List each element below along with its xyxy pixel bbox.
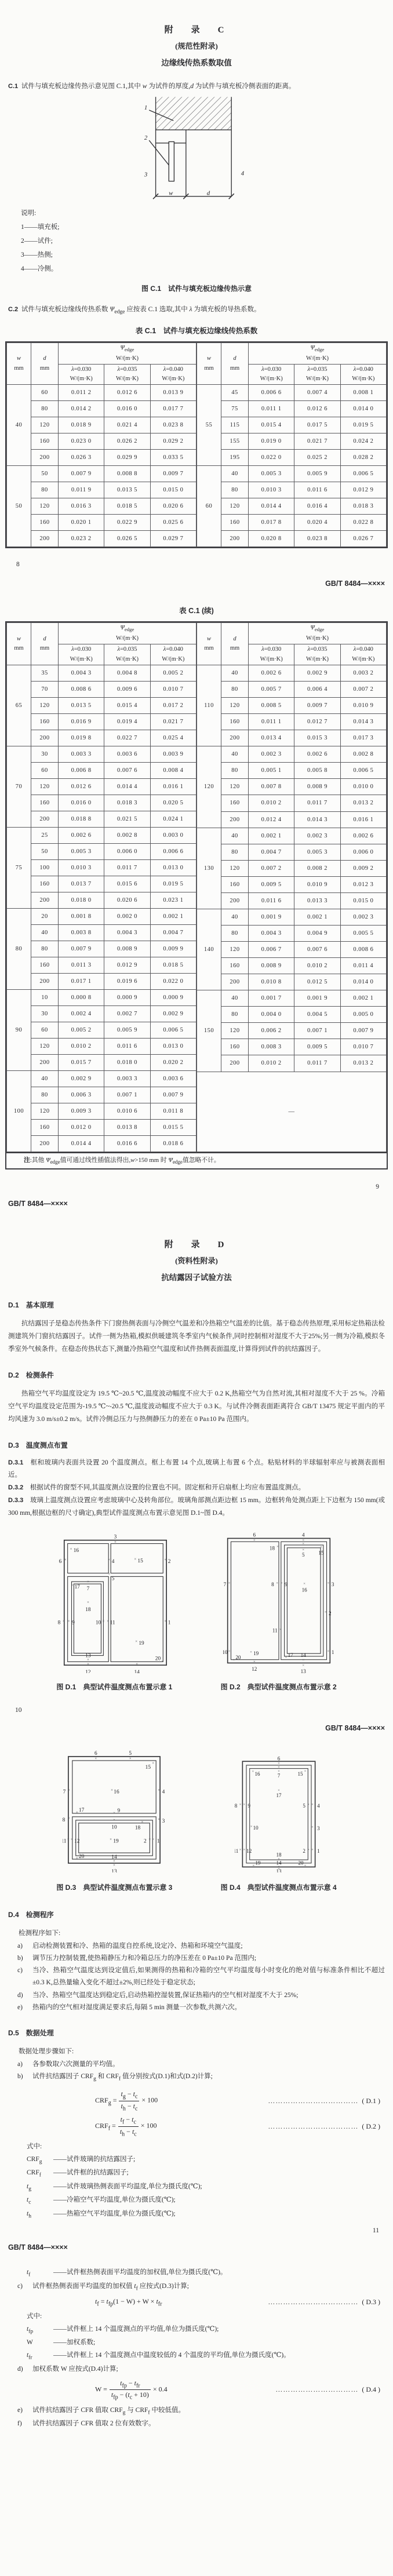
def-text: ——加权系数; [53, 2337, 385, 2349]
specimen-rect [169, 141, 174, 181]
cell-d: 160 [221, 515, 249, 531]
clause-number: D.3.3 [8, 1497, 23, 1504]
measure-point-number: 3 [114, 1534, 117, 1540]
cell-psi-value: 0.005 2 [59, 1022, 104, 1038]
cell-d: 30 [31, 1005, 59, 1022]
col-header-psi: ΨedgeW/(m·K) [59, 343, 196, 365]
formula-tag: ( D.4 ) [362, 2385, 385, 2394]
cell-psi-value: 0.001 7 [249, 990, 294, 1007]
measure-point-number: 7 [63, 1789, 66, 1795]
clause-d2-para: 热箱空气平均温度设定为 19.5 ℃~20.5 ℃,温度波动幅度不应大于 0.2… [8, 1388, 385, 1426]
formula-lhs: CRFf = [95, 2122, 116, 2130]
measure-point-number: 19 [253, 1650, 259, 1656]
cell-psi-value: 0.018 8 [59, 811, 104, 827]
page-number: 11 [8, 2227, 379, 2234]
cell-d: 80 [31, 1087, 59, 1103]
cell-w: 110 [197, 665, 221, 746]
cell-psi-value: 0.002 3 [340, 909, 386, 925]
cell-psi-value: 0.020 4 [294, 515, 340, 531]
cell-w: 65 [7, 665, 31, 746]
measure-point-number: 1 [157, 1838, 160, 1844]
denominator: tfp − (tc + 10) [110, 2389, 151, 2400]
definition-row: tfr——试件框上 14 个温度测点中温度较低的 4 个温度的平均值,单位为摄氏… [8, 2349, 385, 2363]
cell-psi-value: 0.011 7 [294, 1055, 340, 1072]
legend-item: 2——试件; [21, 234, 385, 248]
table-row: 2000.018 00.020 60.023 1 [7, 892, 196, 908]
cell-psi-value: 0.008 5 [249, 698, 294, 714]
clause-number: C.2 [8, 306, 18, 313]
clause-text: 玻璃上温度测点设置应考虑玻璃中心及转角部位。玻璃角部测点距边框 15 mm。边框… [8, 1497, 385, 1517]
measure-point-mark: × [67, 1838, 70, 1842]
measure-point-number: 12 [252, 1666, 257, 1672]
definition-row: tf——试件框热侧表面平均温度的加权值,单位为摄氏度(℃)。 [8, 2267, 385, 2280]
col-header-lambda: λ=0.030W/(m·K) [59, 364, 104, 385]
measure-point-number: 2 [168, 1559, 171, 1565]
cell-psi-value: 0.012 4 [249, 811, 294, 828]
cell-d: 120 [31, 498, 59, 515]
cell-psi-value: 0.008 4 [150, 762, 196, 778]
cell-d: 195 [221, 450, 249, 466]
cell-psi-value: 0.023 1 [150, 892, 196, 908]
col-header-psi: ΨedgeW/(m·K) [249, 343, 387, 365]
measure-point-number: 11 [235, 1848, 238, 1854]
measure-point-mark: × [285, 1655, 287, 1659]
cell-psi-value: 0.010 8 [249, 974, 294, 990]
measure-point-number: 2 [303, 1848, 305, 1854]
cell-psi-value: 0.007 4 [294, 385, 340, 401]
measure-point-mark: × [70, 1547, 72, 1551]
cell-psi-value: 0.017 1 [59, 973, 104, 989]
col-header-w: wmm [197, 623, 221, 665]
measure-point-mark: × [136, 1663, 139, 1667]
cell-psi-value: 0.014 4 [104, 778, 150, 795]
cell-psi-value: 0.007 9 [150, 1087, 196, 1103]
table-c1-cont-title: 表 C.1 (续) [8, 605, 385, 615]
cell-w: 50 [7, 466, 31, 547]
cell-d: 100 [31, 859, 59, 876]
clause-title: 基本原理 [26, 1301, 54, 1309]
clause-number: D.4 [8, 1911, 19, 1919]
figure-d2-block: ×××××××××××××××××××××6418515789163211101… [221, 1528, 337, 1692]
diagram-line [149, 140, 170, 166]
measure-point-mark: × [63, 1619, 65, 1623]
cell-d: 25 [31, 827, 59, 843]
measure-point-number: 17 [288, 1652, 293, 1658]
cell-psi-value: 0.019 4 [104, 713, 150, 730]
figure-d1-block: ××××××××××××××××××××31664152517718891011… [56, 1530, 172, 1692]
measure-point-mark: × [250, 1824, 252, 1828]
cell-w: 70 [7, 746, 31, 827]
cell-d: 120 [31, 697, 59, 713]
cell-psi-value: 0.002 9 [150, 1005, 196, 1022]
measure-point-number: 7 [87, 1586, 90, 1592]
table-row: 130400.002 10.002 30.002 6 [197, 828, 387, 844]
window-frame-line [74, 1584, 101, 1653]
figure-d1-caption: 图 D.1 典型试件温度测点布置示意 1 [56, 1682, 172, 1692]
cell-psi-value: 0.023 2 [59, 531, 104, 547]
cell-psi-value: 0.002 3 [294, 828, 340, 844]
col-header-d: dmm [31, 623, 59, 665]
cell-psi-value: 0.005 5 [340, 925, 386, 941]
numerator: tfp − tfr [110, 2379, 151, 2389]
table-row-empty: — [197, 1072, 387, 1152]
cell-psi-value: 0.029 2 [150, 433, 196, 450]
def-term: tg [27, 2181, 53, 2194]
col-header-d: dmm [31, 343, 59, 385]
running-header: GB/T 8484—×××× [8, 2243, 385, 2251]
clause-number: D.5 [8, 2029, 19, 2037]
figure-d3-caption: 图 D.3 典型试件温度测点布置示意 3 [56, 1882, 172, 1892]
measure-point-number: 17 [276, 1792, 282, 1798]
measure-point-mark: × [307, 1848, 310, 1852]
clause-text: 试件与填充板边缘传热示意见图 C.1,其中 w 为试件的厚度,d 为试件与填充板… [21, 83, 295, 90]
measure-point-number: 1 [168, 1620, 171, 1626]
measure-point-mark: × [134, 1557, 137, 1561]
table-c1-cont-halves: wmmdmmΨedgeW/(m·K)λ=0.030W/(m·K)λ=0.035W… [6, 622, 387, 1152]
table-row: 800.007 90.008 90.009 9 [7, 941, 196, 957]
cell-psi-value: 0.001 9 [249, 909, 294, 925]
cell-psi-value: 0.012 7 [294, 714, 340, 730]
measure-point-number: 1 [332, 1649, 334, 1655]
measure-point-number: 2 [144, 1838, 147, 1844]
cell-psi-value: 0.015 4 [104, 697, 150, 713]
table-row: 800.004 30.004 90.005 5 [197, 925, 387, 941]
cell-w: 130 [197, 828, 221, 909]
measure-point-number: 19 [114, 1838, 119, 1844]
table-row: 1200.012 60.014 40.016 1 [7, 778, 196, 795]
formula-dots: ……………………………… [169, 2298, 358, 2307]
item-tag: d) [8, 2363, 32, 2375]
cell-psi-value: 0.005 7 [249, 682, 294, 698]
window-frame-line [231, 1542, 279, 1660]
cell-d: 200 [221, 1055, 249, 1072]
cell-psi-value: 0.008 6 [340, 942, 386, 958]
col-header-w: wmm [7, 343, 31, 385]
measure-point-number: 20 [79, 1854, 85, 1860]
measure-point-mark: × [165, 1558, 167, 1562]
page-number: 10 [15, 1707, 385, 1714]
measure-point-mark: × [250, 1650, 252, 1654]
measure-point-mark: × [110, 1838, 112, 1842]
cell-psi-value: 0.020 5 [150, 795, 196, 811]
clause-d4-heading: D.4 检测程序 [8, 1910, 385, 1919]
cell-d: 160 [221, 876, 249, 892]
table-row: 1200.014 40.016 40.018 3 [197, 498, 387, 515]
cell-psi-value: 0.033 5 [150, 450, 196, 466]
def-text: ——试件框上 14 个温度测点中温度较低的 4 个温度的平均值,单位为摄氏度(℃… [53, 2349, 385, 2363]
cell-psi-value: 0.010 2 [249, 795, 294, 811]
measure-point-mark: × [149, 1838, 151, 1842]
cell-psi-value: 0.019 5 [150, 876, 196, 892]
measure-point-mark: × [302, 1664, 304, 1668]
cell-psi-value: 0.002 9 [294, 665, 340, 681]
cell-psi-value: 0.007 6 [104, 762, 150, 778]
cell-d: 80 [221, 844, 249, 860]
cell-psi-value: 0.016 6 [104, 1135, 150, 1152]
cell-psi-value: 0.024 2 [340, 433, 386, 450]
figure-d4-block: ×××××××××××××××××××××6167151789541031112… [221, 1754, 337, 1892]
cell-psi-value: 0.021 7 [150, 713, 196, 730]
cell-psi-value: 0.005 9 [294, 466, 340, 482]
cell-d: 20 [31, 908, 59, 924]
measure-point-number: 11 [272, 1627, 278, 1633]
measure-point-number: 3 [162, 1819, 165, 1824]
cell-psi-value: 0.004 3 [104, 924, 150, 941]
def-text: ——试件框热侧表面平均温度的加权值,单位为摄氏度(℃)。 [53, 2267, 385, 2280]
cell-psi-value: 0.013 9 [150, 385, 196, 401]
cell-psi-value: 0.019 5 [340, 417, 386, 433]
cell-d: 80 [221, 682, 249, 698]
cell-psi-value: 0.005 0 [340, 1007, 386, 1023]
list-item-b: b)调节压力控制装置,使热箱静压力和冷箱总压力的净压差在 0 Pa±10 Pa … [8, 1952, 385, 1965]
cell-d: 155 [221, 433, 249, 450]
measure-point-number: 18 [276, 1852, 282, 1857]
cell-psi-value: 0.018 0 [104, 1054, 150, 1070]
cell-psi-value: 0.006 6 [249, 385, 294, 401]
item-tag: c) [8, 1965, 32, 1990]
page1-footer: 8 [0, 561, 393, 568]
cell-psi-value: 0.025 4 [150, 730, 196, 746]
formula-dots: …………………………… [174, 2385, 359, 2394]
cell-psi-value: 0.003 0 [150, 827, 196, 843]
table-row: 60400.005 30.005 90.006 5 [197, 466, 387, 482]
cell-d: 120 [221, 860, 249, 876]
table-row: 90100.000 80.000 90.000 9 [7, 989, 196, 1005]
table-row: 1600.008 90.010 20.011 4 [197, 958, 387, 974]
cell-psi-value: 0.016 1 [150, 778, 196, 795]
cell-psi-value: 0.018 9 [59, 417, 104, 433]
cell-psi-value: 0.002 1 [249, 828, 294, 844]
formula-rhs: × 100 [141, 2096, 158, 2104]
cell-d: 80 [31, 401, 59, 417]
cell-d: 40 [221, 828, 249, 844]
measure-point-number: 8 [235, 1803, 238, 1809]
cell-psi-value: 0.013 2 [340, 1055, 386, 1072]
cell-psi-value: 0.000 9 [150, 989, 196, 1005]
item-tag: b) [8, 1952, 32, 1965]
measure-point-mark: × [76, 1856, 78, 1860]
table-row: 1200.007 80.008 90.010 0 [197, 779, 387, 795]
cell-w: 60 [197, 466, 221, 547]
table-row: 800.014 20.016 00.017 7 [7, 401, 196, 417]
measure-point-number: 12 [74, 1838, 80, 1844]
cell-psi-value: 0.014 3 [294, 811, 340, 828]
cell-psi-value: 0.014 3 [340, 714, 386, 730]
table-row: 65350.004 30.004 80.005 2 [7, 665, 196, 681]
cell-d: 200 [31, 973, 59, 989]
measure-point-number: 13 [300, 1668, 306, 1673]
table-row: 500.005 30.006 00.006 6 [7, 843, 196, 859]
measure-point-mark: × [324, 1610, 326, 1614]
appendix-c-subtitle: (规范性附录) [8, 40, 385, 51]
table-row: 1600.008 30.009 50.010 7 [197, 1039, 387, 1055]
clause-number: D.3.2 [8, 1484, 23, 1491]
measure-point-mark: × [311, 1848, 314, 1852]
cell-d: 50 [31, 843, 59, 859]
table-row: 800.004 00.004 50.005 0 [197, 1007, 387, 1023]
cell-psi-value: 0.002 1 [340, 990, 386, 1007]
cell-d: 80 [31, 482, 59, 498]
legend-title: 说明: [21, 206, 385, 220]
clause-d5-heading: D.5 数据处理 [8, 2028, 385, 2038]
measure-point-number: 4 [162, 1789, 165, 1795]
cell-psi-value: 0.017 2 [150, 697, 196, 713]
table-row: 300.002 40.002 70.002 9 [7, 1005, 196, 1022]
cell-psi-value: 0.008 8 [104, 466, 150, 482]
measure-point-number: 14 [134, 1670, 140, 1673]
cell-psi-value: 0.025 2 [294, 450, 340, 466]
cell-psi-value: 0.020 6 [150, 498, 196, 515]
def-text: ——试件框上 14 个温度测点的平均值,单位为摄氏度(℃); [53, 2323, 385, 2337]
clause-title: 检测条件 [26, 1371, 54, 1379]
cell-psi-value: 0.023 0 [59, 433, 104, 450]
table-row: 150400.001 70.001 90.002 1 [197, 990, 387, 1007]
fraction: tg − tcth − tc [119, 2090, 139, 2112]
cell-psi-value: 0.002 6 [59, 827, 104, 843]
clause-d32: D.3.2 根据试件的窗型不同,其温度测点设置的位置也不同。固定框和开启扇框上均… [8, 1482, 385, 1495]
measure-point-number: 10 [223, 1649, 228, 1655]
measure-point-number: 14 [300, 1652, 306, 1658]
def-text: ——冷箱空气平均温度,单位为摄氏度(℃); [53, 2194, 385, 2207]
cell-psi-value: 0.004 3 [59, 665, 104, 681]
cell-psi-value: 0.013 2 [340, 795, 386, 811]
page-number: 9 [8, 1183, 379, 1190]
col-header-lambda: λ=0.040W/(m·K) [150, 364, 196, 385]
cell-d: 80 [221, 925, 249, 941]
cell-psi-value: 0.012 6 [294, 401, 340, 417]
list-item-a: a)启动检测装置和冷、热箱的温度自控系统,设定冷、热箱和环境空气温度; [8, 1940, 385, 1952]
figure-c1-legend: 说明: 1——填充板; 2——试件; 3——热侧; 4——冷侧。 [21, 206, 385, 276]
table-row: 1600.011 10.012 70.014 3 [197, 714, 387, 730]
table-c1-cont-left-half: wmmdmmΨedgeW/(m·K)λ=0.030W/(m·K)λ=0.035W… [6, 622, 196, 1152]
col-header-lambda: λ=0.030W/(m·K) [249, 644, 294, 665]
cell-psi-value: 0.002 6 [294, 746, 340, 763]
cell-psi-value: 0.003 9 [150, 746, 196, 762]
measure-point-number: 10 [112, 1824, 118, 1830]
clause-d1-heading: D.1 基本原理 [8, 1300, 385, 1310]
cell-psi-value: 0.003 3 [59, 746, 104, 762]
cell-psi-value: 0.011 6 [249, 892, 294, 909]
table-row: 750.011 10.012 60.014 0 [197, 401, 387, 417]
cell-psi-value: 0.011 1 [249, 401, 294, 417]
measure-point-mark: × [129, 1757, 132, 1761]
table-c1-title: 表 C.1 试件与填充板边缘线传热系数 [8, 325, 385, 336]
cell-psi-value: 0.000 8 [59, 989, 104, 1005]
formula-d3: tf = tfp(1 − W) + W × tfr ……………………………… (… [8, 2297, 385, 2307]
cell-psi-value: 0.002 0 [104, 908, 150, 924]
measure-point-number: 9 [248, 1803, 250, 1809]
measure-point-number: 5 [112, 1576, 115, 1582]
table-row: 2000.011 60.013 30.015 0 [197, 892, 387, 909]
measure-point-number: 12 [86, 1670, 92, 1673]
table-c1-right-half: wmmdmmΨedgeW/(m·K)λ=0.030W/(m·K)λ=0.035W… [196, 343, 387, 547]
window-frame-line [111, 1576, 163, 1662]
table-row: 2000.017 10.019 60.022 0 [7, 973, 196, 989]
measure-point-mark: × [276, 1581, 278, 1585]
col-header-lambda: λ=0.040W/(m·K) [340, 364, 386, 385]
cell-psi-value: 0.013 0 [150, 1038, 196, 1054]
denominator: th − tc [119, 2101, 139, 2112]
cell-d: 200 [221, 974, 249, 990]
window-frame-line [72, 1582, 104, 1655]
col-header-lambda: λ=0.035W/(m·K) [294, 364, 340, 385]
measure-point-number: 17 [75, 1584, 81, 1590]
clause-d2-heading: D.2 检测条件 [8, 1370, 385, 1380]
measure-point-number: 13 [112, 1869, 118, 1872]
cell-psi-value: 0.002 9 [59, 1070, 104, 1087]
appendix-c-heading: 边缘线传热系数取值 [8, 56, 385, 68]
cell-d: 50 [31, 466, 59, 482]
table-c1: wmmdmmΨedgeW/(m·K)λ=0.030W/(m·K)λ=0.035W… [5, 341, 388, 548]
table-row: 1600.016 00.018 30.020 5 [7, 795, 196, 811]
col-header-lambda: λ=0.035W/(m·K) [294, 644, 340, 665]
clause-number: D.3 [8, 1441, 19, 1449]
cell-psi-value: 0.011 7 [294, 795, 340, 811]
window-frame-line [72, 1761, 156, 1813]
window-frame-line [246, 1765, 311, 1863]
cell-psi-value: 0.024 1 [150, 811, 196, 827]
measure-point-number: 16 [114, 1789, 120, 1795]
cell-psi-value: 0.011 4 [340, 958, 386, 974]
cell-psi-value: 0.002 8 [340, 746, 386, 763]
cell-psi-value: 0.011 8 [150, 1103, 196, 1119]
cell-psi-value: 0.002 3 [249, 746, 294, 763]
cell-psi-value: 0.007 9 [340, 1023, 386, 1039]
table-row: 1600.016 90.019 40.021 7 [7, 713, 196, 730]
page-number: 8 [16, 561, 385, 568]
col-header-lambda: λ=0.035W/(m·K) [104, 364, 150, 385]
running-header: GB/T 8484—×××× [8, 580, 385, 588]
appendix-d-subtitle: (资料性附录) [8, 1255, 385, 1266]
clause-d1-para: 抗结露因子是稳态传热条件下门窗热侧表面与冷侧空气温差和冷热箱空气温差的比值。基于… [8, 1318, 385, 1356]
cell-d: 200 [31, 730, 59, 746]
table-row: 2000.010 20.011 70.013 2 [197, 1055, 387, 1072]
measure-point-number: 13 [86, 1653, 92, 1659]
cell-psi-value: 0.010 3 [249, 482, 294, 498]
item-tag: e) [8, 2404, 32, 2418]
cell-psi-value: 0.021 7 [294, 433, 340, 450]
def-term: tfr [27, 2349, 53, 2363]
figure-c1-diagram: 1234wd [141, 96, 252, 202]
window-frame-line [281, 1542, 327, 1660]
formula-d1: CRFg =tg − tcth − tc× 100 ……………………………… (… [8, 2090, 385, 2112]
item-tag: d) [8, 1990, 32, 2002]
table-row: 2000.026 30.029 90.033 5 [7, 450, 196, 466]
numerator: tg − tc [119, 2090, 139, 2100]
cell-psi-value: 0.020 2 [150, 1054, 196, 1070]
cell-psi-value: 0.007 1 [294, 1023, 340, 1039]
cell-d: 160 [31, 957, 59, 973]
cell-psi-value: 0.021 5 [104, 811, 150, 827]
table-row: 800.005 10.005 80.006 5 [197, 763, 387, 779]
cell-psi-value: 0.006 3 [59, 1087, 104, 1103]
measure-point-number: 18 [135, 1825, 141, 1831]
cell-w: 80 [7, 908, 31, 989]
cell-psi-value: 0.006 5 [340, 466, 386, 482]
cell-psi-value: 0.012 6 [104, 385, 150, 401]
window-frame-line [64, 1540, 166, 1665]
cell-w: 120 [197, 746, 221, 828]
list-item-d: d)加权系数 W 应按式(D.4)计算; [8, 2363, 385, 2375]
measure-point-mark: × [232, 1658, 235, 1662]
cell-psi-value: 0.010 9 [340, 698, 386, 714]
cell-d: 80 [221, 763, 249, 779]
cell-psi-value: 0.003 8 [59, 924, 104, 941]
clause-title: 温度测点布置 [26, 1441, 68, 1449]
table-row: 40600.011 20.012 60.013 9 [7, 385, 196, 401]
definition-row: tfp——试件框上 14 个温度测点的平均值,单位为摄氏度(℃); [8, 2323, 385, 2337]
measure-point-mark: × [243, 1848, 245, 1852]
